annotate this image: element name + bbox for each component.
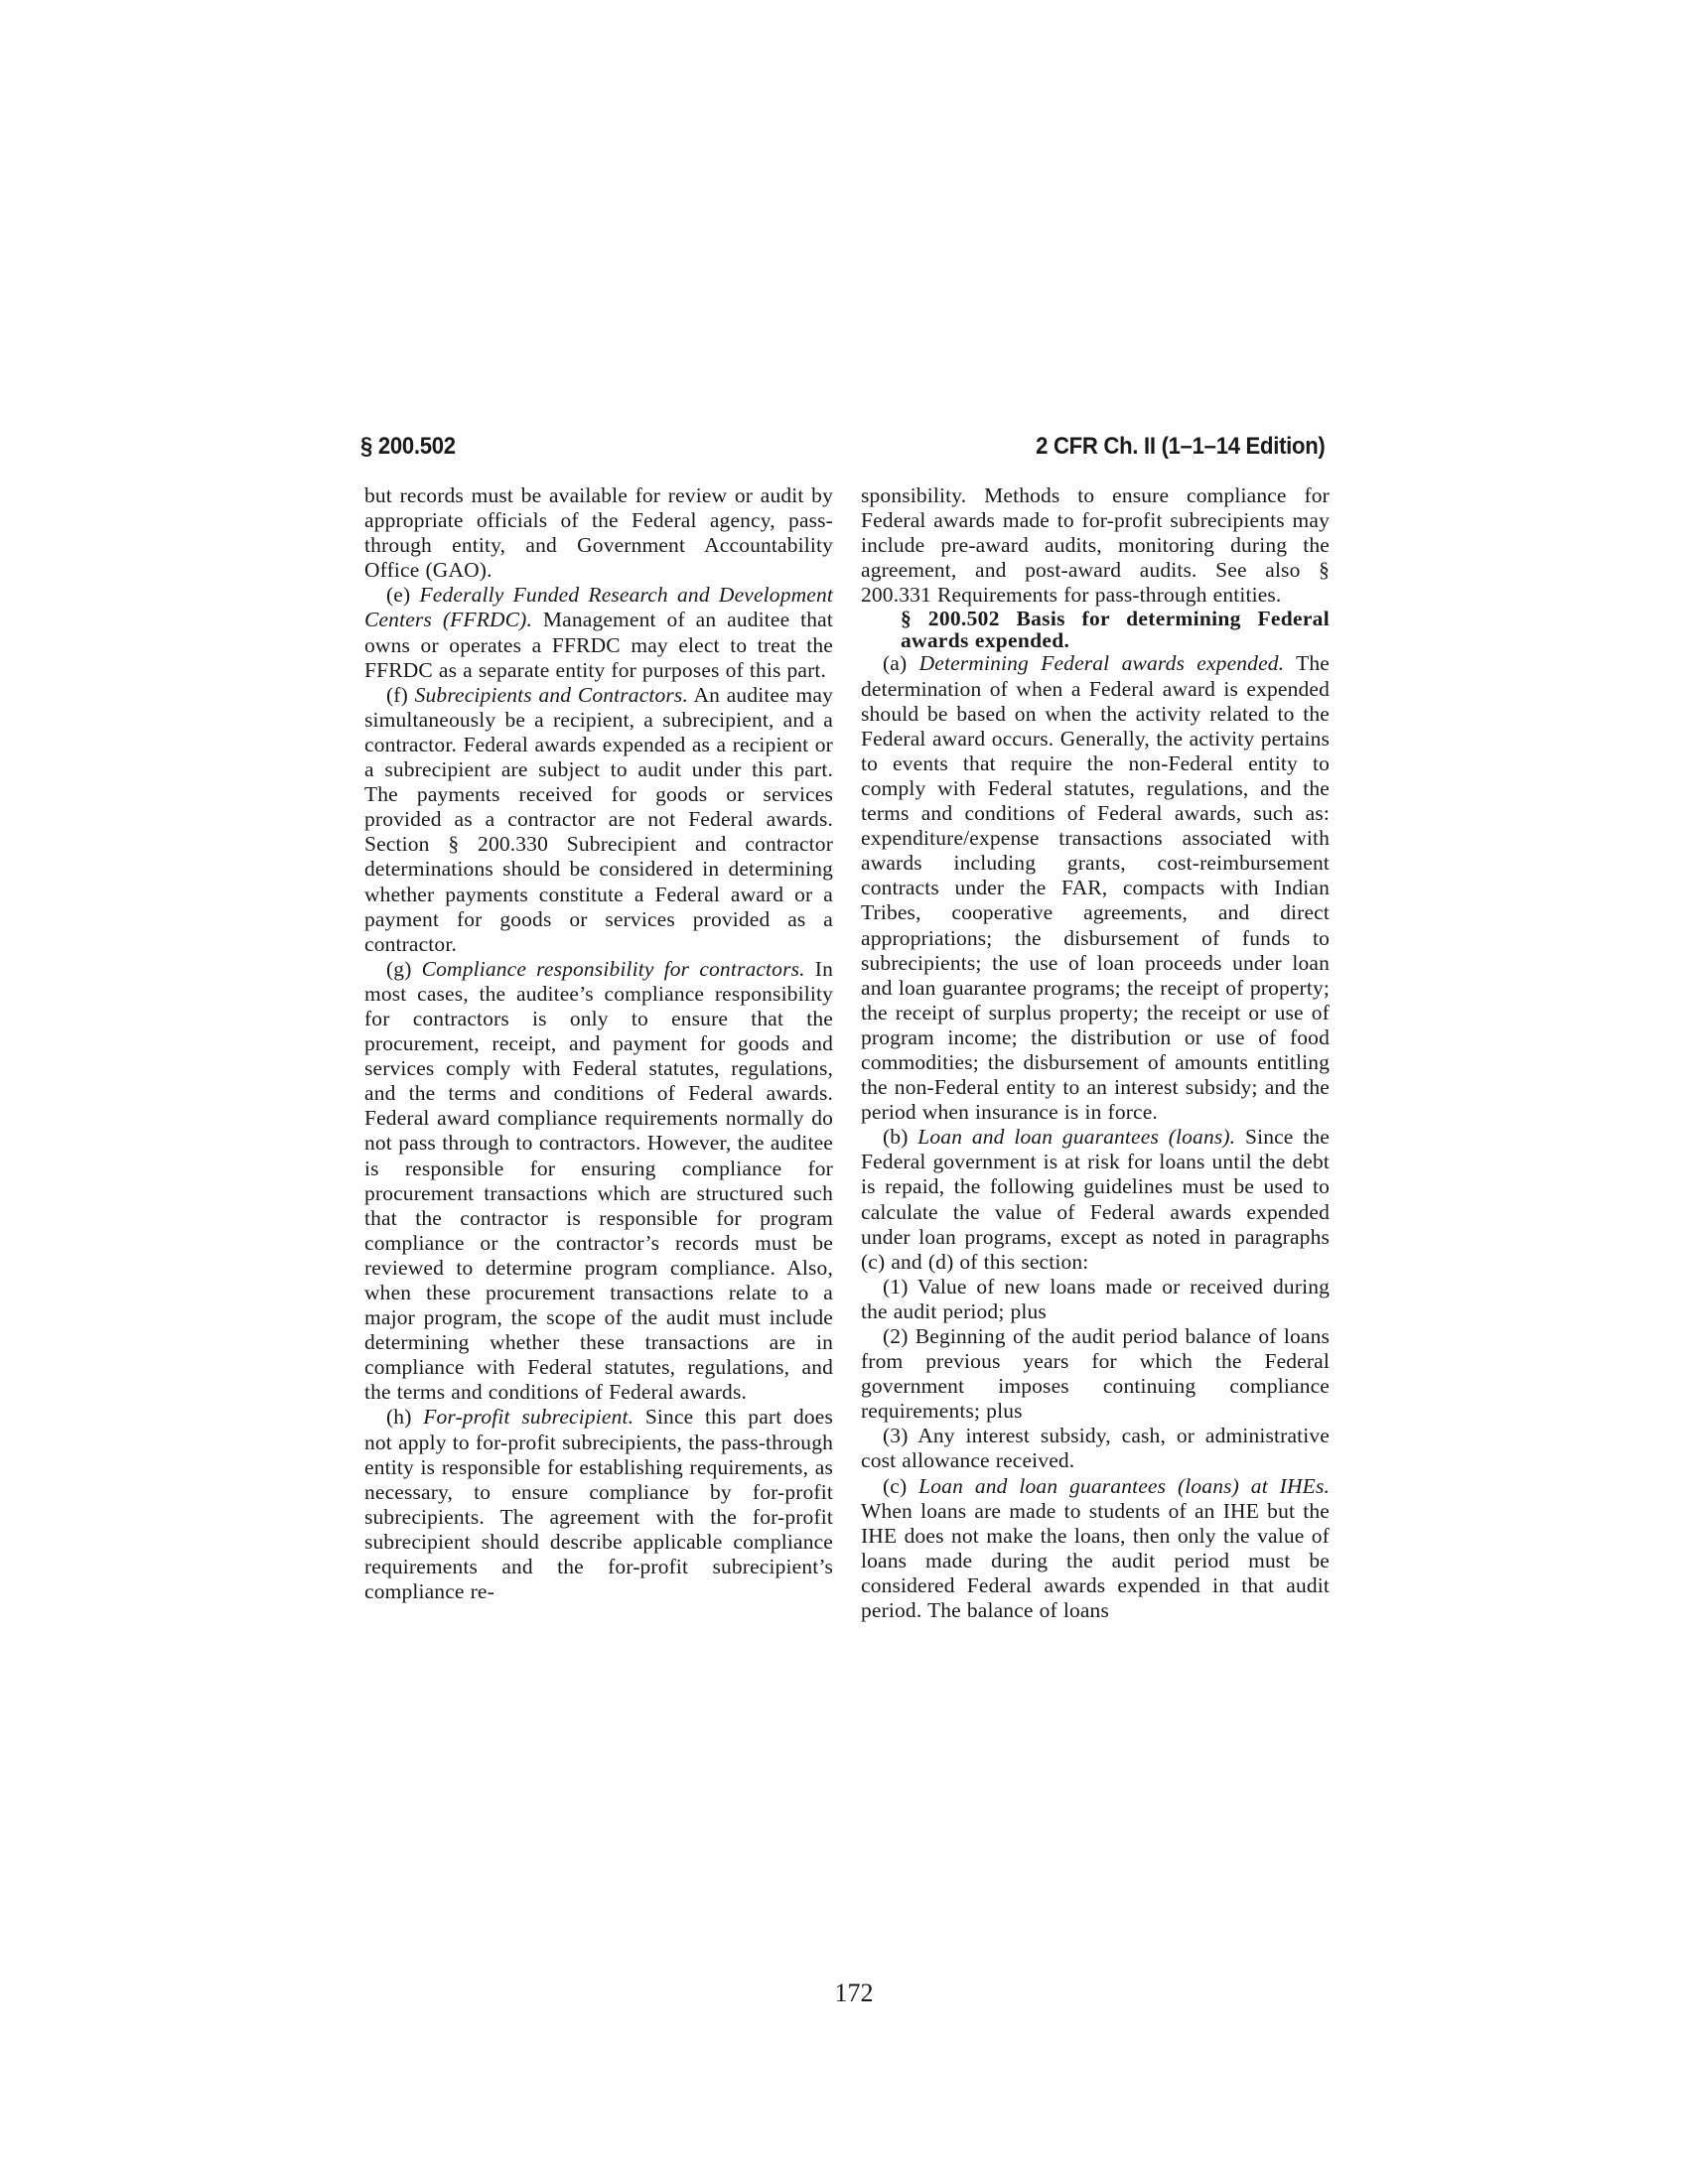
- paragraph-e: (e) Federally Funded Research and Develo…: [364, 583, 833, 682]
- paragraph-title: Compliance responsibility for contractor…: [422, 957, 805, 981]
- paragraph-text: In most cases, the auditee’s compliance …: [364, 957, 833, 1405]
- continued-paragraph: sponsibility. Methods to ensure complian…: [861, 483, 1330, 608]
- paragraph-text: When loans are made to students of an IH…: [861, 1499, 1330, 1622]
- paragraph-text: An auditee may simultaneously be a recip…: [364, 683, 833, 956]
- paragraph-g: (g) Compliance responsibility for contra…: [364, 957, 833, 1406]
- paragraph-label: (2): [883, 1324, 909, 1348]
- paragraph-text: Beginning of the audit period balance of…: [861, 1324, 1330, 1423]
- paragraph-b: (b) Loan and loan guarantees (loans). Si…: [861, 1125, 1330, 1275]
- paragraph-label: (b): [883, 1125, 909, 1149]
- paragraph-a: (a) Determining Federal awards expended.…: [861, 651, 1330, 1125]
- right-text-column: sponsibility. Methods to ensure complian…: [861, 483, 1330, 1623]
- paragraph-label: (h): [386, 1405, 412, 1429]
- paragraph-text: Value of new loans made or received duri…: [861, 1275, 1330, 1323]
- paragraph-label: (3): [883, 1424, 909, 1447]
- paragraph-b-1: (1) Value of new loans made or received …: [861, 1275, 1330, 1324]
- paragraph-title: Subrecipients and Contractors.: [415, 683, 688, 707]
- paragraph-label: (c): [883, 1474, 907, 1498]
- paragraph-label: (a): [883, 651, 907, 675]
- paragraph-c: (c) Loan and loan guarantees (loans) at …: [861, 1474, 1330, 1624]
- paragraph-b-3: (3) Any interest subsidy, cash, or admin…: [861, 1424, 1330, 1473]
- paragraph-label: (1): [883, 1275, 909, 1298]
- running-header: § 200.502 2 CFR Ch. II (1–1–14 Edition): [360, 433, 1252, 467]
- paragraph-f: (f) Subrecipients and Contractors. An au…: [364, 683, 833, 957]
- page-number: 172: [0, 1979, 1688, 2008]
- paragraph-label: (f): [386, 683, 408, 707]
- paragraph-text: Any interest subsidy, cash, or administr…: [861, 1424, 1330, 1472]
- header-section-reference: § 200.502: [360, 433, 456, 461]
- paragraph-title: Determining Federal awards expended.: [919, 651, 1285, 675]
- continued-paragraph: but records must be available for review…: [364, 483, 833, 583]
- paragraph-label: (e): [386, 583, 410, 607]
- paragraph-label: (g): [386, 957, 412, 981]
- paragraph-h: (h) For-profit subrecipient. Since this …: [364, 1405, 833, 1604]
- paragraph-text: but records must be available for review…: [364, 483, 833, 582]
- left-text-column: but records must be available for review…: [364, 483, 833, 1604]
- paragraph-title: Loan and loan guarantees (loans).: [917, 1125, 1235, 1149]
- paragraph-title: For-profit subrecipient.: [423, 1405, 633, 1429]
- paragraph-text: Since this part does not apply to for-pr…: [364, 1405, 833, 1603]
- section-heading: § 200.502 Basis for determining Federal …: [861, 608, 1330, 651]
- paragraph-b-2: (2) Beginning of the audit period balanc…: [861, 1324, 1330, 1424]
- paragraph-title: Loan and loan guarantees (loans) at IHEs…: [918, 1474, 1330, 1498]
- paragraph-text: sponsibility. Methods to ensure complian…: [861, 483, 1330, 607]
- paragraph-text: The determination of when a Federal awar…: [861, 651, 1330, 1124]
- header-edition-title: 2 CFR Ch. II (1–1–14 Edition): [1036, 433, 1325, 461]
